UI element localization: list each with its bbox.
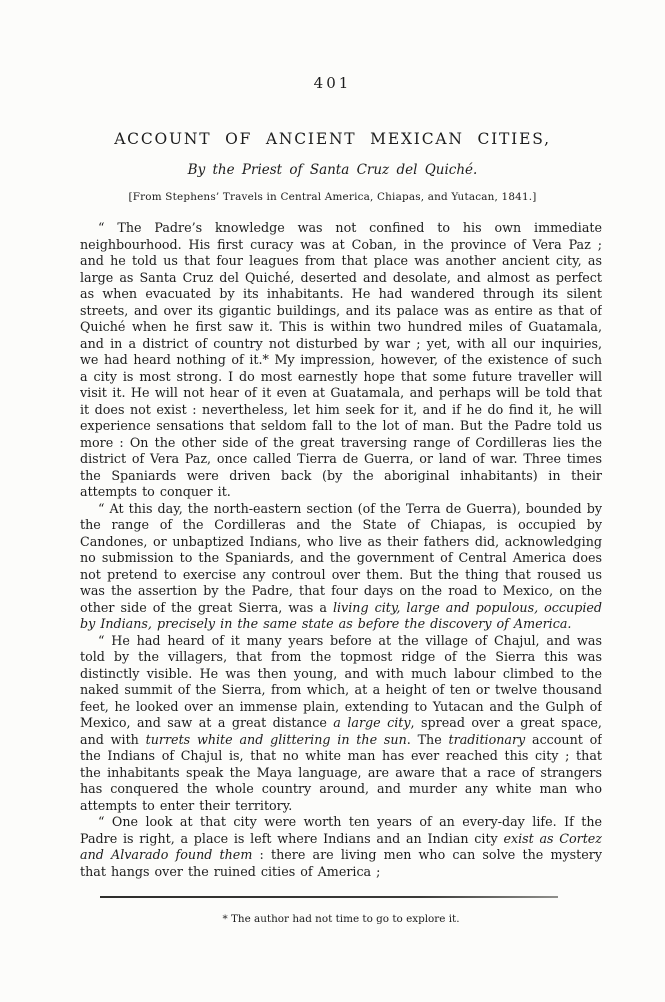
source-citation: [From Stephens’ Travels in Central Ameri… bbox=[0, 191, 665, 203]
paragraph: “ One look at that city were worth ten y… bbox=[80, 814, 602, 880]
text-run: “ The Padre’s knowledge was not confined… bbox=[80, 220, 602, 499]
italic-text-run: turrets white and glittering in the sun bbox=[146, 732, 407, 747]
footnote: * The author had not time to go to explo… bbox=[80, 913, 602, 925]
italic-text-run: traditionary bbox=[449, 732, 526, 747]
book-page: 401 ACCOUNT OF ANCIENT MEXICAN CITIES, B… bbox=[0, 0, 665, 1002]
article-title: ACCOUNT OF ANCIENT MEXICAN CITIES, bbox=[0, 130, 665, 148]
text-run: . The bbox=[407, 732, 449, 747]
paragraph: “ The Padre’s knowledge was not confined… bbox=[80, 220, 602, 501]
article-body: “ The Padre’s knowledge was not confined… bbox=[80, 220, 602, 892]
footnote-marker: * bbox=[222, 913, 227, 925]
byline: By the Priest of Santa Cruz del Quiché. bbox=[0, 162, 665, 178]
paragraph: “ He had heard of it many years before a… bbox=[80, 633, 602, 815]
italic-text-run: a large city bbox=[333, 715, 410, 730]
footnote-text: The author had not time to go to explore… bbox=[231, 913, 460, 925]
page-number: 401 bbox=[0, 74, 665, 92]
text-run: “ At this day, the north-eastern section… bbox=[80, 501, 602, 615]
footnote-divider bbox=[100, 896, 558, 898]
paragraph: “ At this day, the north-eastern section… bbox=[80, 501, 602, 633]
